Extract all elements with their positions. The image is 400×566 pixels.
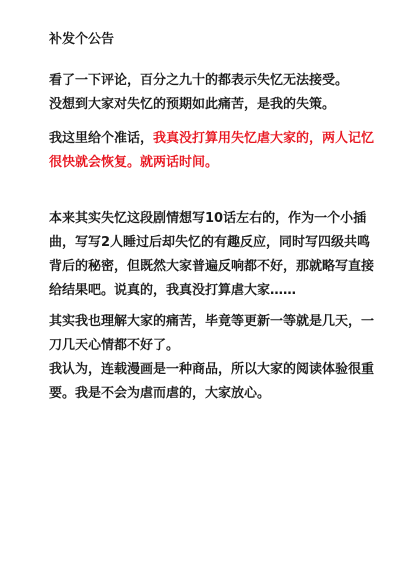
text-line: 看了一下评论，百分之九十的都表示失忆无法接受。 [49, 69, 369, 93]
paragraph-comments-reaction: 看了一下评论，百分之九十的都表示失忆无法接受。 没想到大家对失忆的预期如此痛苦，… [49, 69, 369, 117]
plain-text: 我这里给个准话， [49, 131, 153, 146]
text-line: 要。我是不会为虐而虐的，大家放心。 [49, 382, 369, 406]
highlighted-text: 很快就会恢复。就两话时间。 [49, 151, 369, 175]
paragraph-reader-experience: 其实我也理解大家的痛苦，毕竟等更新一等就是几天，一 刀几天心情都不好了。 我认为… [49, 310, 369, 406]
announcement-page: 补发个公告 看了一下评论，百分之九十的都表示失忆无法接受。 没想到大家对失忆的预… [0, 0, 400, 566]
paragraph-promise: 我这里给个准话，我真没打算用失忆虐大家的，两人记忆 很快就会恢复。就两话时间。 [49, 127, 369, 175]
announcement-title: 补发个公告 [49, 31, 114, 48]
text-line: 背后的秘密，但既然大家普遍反响都不好，那就略写直接 [49, 255, 369, 279]
text-line: 给结果吧。说真的，我真没打算虐大家…… [49, 279, 369, 303]
paragraph-plot-explanation: 本来其实失忆这段剧情想写10话左右的，作为一个小插 曲，写写2人睡过后却失忆的有… [49, 207, 369, 303]
text-line: 没想到大家对失忆的预期如此痛苦，是我的失策。 [49, 93, 369, 117]
highlighted-text: 我真没打算用失忆虐大家的，两人记忆 [153, 131, 374, 146]
text-line: 我认为，连载漫画是一种商品，所以大家的阅读体验很重 [49, 358, 369, 382]
text-line: 本来其实失忆这段剧情想写10话左右的，作为一个小插 [49, 207, 369, 231]
text-line: 曲，写写2人睡过后却失忆的有趣反应，同时写四级共鸣 [49, 231, 369, 255]
text-line: 刀几天心情都不好了。 [49, 334, 369, 358]
text-line: 我这里给个准话，我真没打算用失忆虐大家的，两人记忆 [49, 127, 369, 151]
text-line: 其实我也理解大家的痛苦，毕竟等更新一等就是几天，一 [49, 310, 369, 334]
